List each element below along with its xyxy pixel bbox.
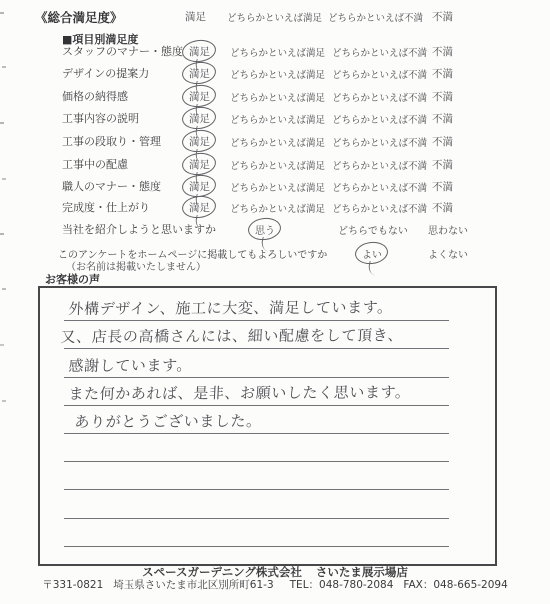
handwritten-comment: 外構デザイン、施工に大変、満足しています。 [68,296,393,319]
option-somewhat-satisfied: どちらかといえば満足 [230,135,325,149]
option-somewhat-dissatisfied: どちらかといえば不満 [332,180,427,194]
item-label: 工事の段取り・管理 [62,133,161,149]
ruled-line: ありがとうございました。 [64,406,449,434]
ruled-line [64,490,449,518]
selected-answer-circle: 満足 [189,157,210,172]
option-dissatisfied: 不満 [432,89,453,104]
selected-answer-circle: 満足 [189,66,210,81]
fax-number: FAX：048-665-2094 [403,579,507,591]
option-neutral: どちらでもない [338,222,408,237]
item-label: 工事中の配慮 [62,156,128,172]
table-row: 完成度・仕上がり 満足 どちらかといえば満足 どちらかといえば不満 不満 [0,199,550,217]
customer-voice-title: お客様の声 [45,271,100,287]
selected-answer-circle: 思う [255,222,275,237]
option-dissatisfied: 不満 [432,134,453,149]
item-label: 工事内容の説明 [62,110,139,126]
option-somewhat-satisfied: どちらかといえば満足 [230,201,325,215]
option-somewhat-dissatisfied: どちらかといえば不満 [332,135,427,149]
option-dissatisfied: 不満 [432,66,453,81]
table-row: 工事中の配慮 満足 どちらかといえば満足 どちらかといえば不満 不満 [0,156,550,174]
handwritten-comment: また何かあれば、是非、お願いしたく思います。 [68,381,411,404]
option-dissatisfied: 不満 [432,111,453,126]
phone-number: TEL：048-780-2084 [290,579,394,591]
option-somewhat-dissatisfied: どちらかといえば不満 [332,158,427,172]
option-no: 思わない [428,222,468,237]
option-somewhat-satisfied: どちらかといえば満足 [230,67,325,81]
item-label: デザインの提案力 [62,65,149,81]
table-row: 価格の納得感 満足 どちらかといえば満足 どちらかといえば不満 不満 [0,88,550,106]
option-dissatisfied: 不満 [432,157,453,172]
table-row: デザインの提案力 満足 どちらかといえば満足 どちらかといえば不満 不満 [0,65,550,83]
item-label: 職人のマナー・態度 [62,178,161,194]
ruled-line: 感謝しています。 [64,349,449,377]
selected-answer-circle: 満足 [189,89,210,104]
postal-code: 〒331-0821 [42,579,103,591]
selected-answer-circle: 満足 [189,111,210,126]
item-label: 完成度・仕上がり [62,199,150,215]
option-somewhat-satisfied: どちらかといえば満足 [227,10,322,24]
item-label: 価格の納得感 [62,88,128,104]
option-somewhat-dissatisfied: どちらかといえば不満 [332,112,427,126]
table-row: 工事の段取り・管理 満足 どちらかといえば満足 どちらかといえば不満 不満 [0,133,550,151]
option-somewhat-dissatisfied: どちらかといえば不満 [328,10,423,24]
ruled-line: また何かあれば、是非、お願いしたく思います。 [64,378,449,406]
overall-satisfaction-title: 《総合満足度》 [35,8,123,26]
table-row: スタッフのマナー・態度 満足 どちらかといえば満足 どちらかといえば不満 不満 [0,43,550,61]
option-dissatisfied: 不満 [432,44,453,59]
ruled-line [64,462,449,490]
handwritten-comment: ありがとうございました。 [74,410,262,432]
survey-form: 《総合満足度》 満足 どちらかといえば満足 どちらかといえば不満 不満 ■項目別… [0,0,550,604]
customer-voice-box: 外構デザイン、施工に大変、満足しています。 又、店長の高橋さんには、細い配慮をし… [38,286,497,566]
option-dissatisfied: 不満 [432,200,453,215]
ruled-line: 外構デザイン、施工に大変、満足しています。 [64,293,449,321]
option-somewhat-satisfied: どちらかといえば満足 [230,180,325,194]
recommend-question-label: 当社を紹介しようと思いますか [62,221,216,237]
selected-answer-circle: 満足 [189,134,210,149]
option-somewhat-satisfied: どちらかといえば満足 [230,90,325,104]
selected-answer-circle: 満足 [189,179,210,194]
option-somewhat-satisfied: どちらかといえば満足 [230,112,325,126]
option-somewhat-dissatisfied: どちらかといえば不満 [332,67,427,81]
option-somewhat-dissatisfied: どちらかといえば不満 [332,45,427,59]
ruled-line [64,519,449,547]
table-row: 工事内容の説明 満足 どちらかといえば満足 どちらかといえば不満 不満 [0,110,550,128]
selected-answer-circle: 満足 [189,200,210,215]
overall-satisfaction-header: 《総合満足度》 満足 どちらかといえば満足 どちらかといえば不満 不満 [0,8,550,26]
ruled-line: 又、店長の高橋さんには、細い配慮をして頂き、 [64,321,449,349]
recommend-question-row: 当社を紹介しようと思いますか 思う どちらでもない 思わない [0,221,550,239]
street-address: 埼玉県さいたま市北区別所町61-3 [113,579,273,591]
option-dissatisfied: 不満 [432,9,453,24]
ruled-line [64,434,449,462]
option-somewhat-satisfied: どちらかといえば満足 [230,45,325,59]
table-row: 職人のマナー・態度 満足 どちらかといえば満足 どちらかといえば不満 不満 [0,178,550,196]
footer-contact-line: 〒331-0821埼玉県さいたま市北区別所町61-3TEL：048-780-20… [0,577,550,592]
handwritten-comment: 又、店長の高橋さんには、細い配慮をして頂き、 [60,325,404,348]
selected-answer-circle: 満足 [189,44,210,59]
option-satisfied: 満足 [185,9,206,24]
item-label: スタッフのマナー・態度 [62,43,183,59]
option-dissatisfied: 不満 [432,179,453,194]
option-somewhat-satisfied: どちらかといえば満足 [230,158,325,172]
handwritten-comment: 感謝しています。 [68,354,193,376]
option-somewhat-dissatisfied: どちらかといえば不満 [332,201,427,215]
option-somewhat-dissatisfied: どちらかといえば不満 [332,90,427,104]
